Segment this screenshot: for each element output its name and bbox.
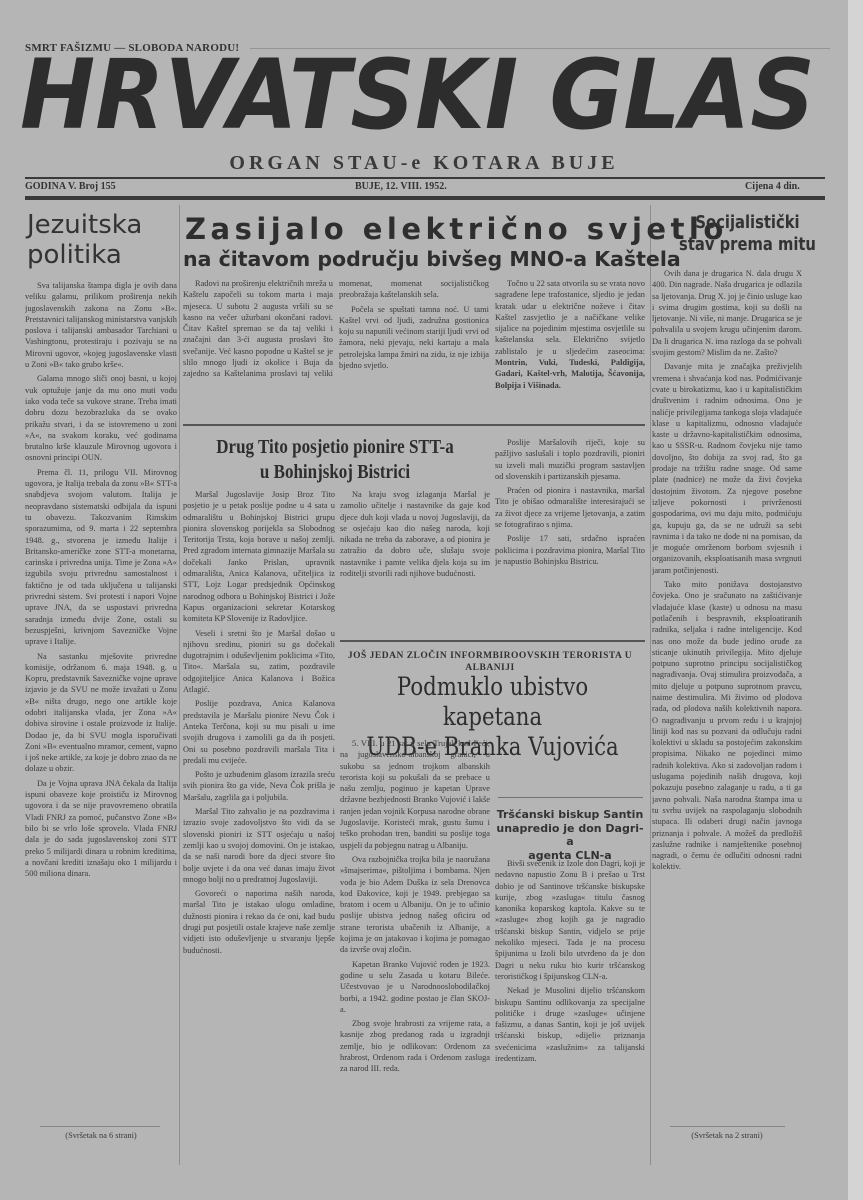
article-zasijalo-subheadline: na čitavom području bivšeg MNO-a Kaštela <box>183 247 648 271</box>
top-rule <box>250 48 830 49</box>
masthead-rule-bottom <box>25 196 825 200</box>
divider <box>340 640 645 642</box>
article-tito-body-col1: Maršal Jugoslavije Josip Broz Tito posje… <box>183 489 335 1104</box>
article-zasijalo-headline: Zasijalo električno svjetlo <box>185 212 645 246</box>
article-tito-body-col3: Poslije Maršalovih riječi, koje su pažlj… <box>495 437 645 627</box>
place-date: BUJE, 12. VIII. 1952. <box>355 181 447 192</box>
masthead-rule-top <box>25 177 825 179</box>
column-divider <box>179 205 180 1165</box>
price: Cijena 4 din. <box>745 181 800 192</box>
divider <box>670 1126 785 1127</box>
article-jezuitska-headline: Jezuitska politika <box>27 210 142 270</box>
continued-note: (Svršetak na 2 strani) <box>652 1131 802 1140</box>
article-tito-body-col2: Na kraju svog izlaganja Maršal je zamoli… <box>340 489 490 627</box>
article-vujovic-kicker: JOŠ JEDAN ZLOČIN INFORMBIROOVSKIH TERORI… <box>340 650 640 674</box>
divider <box>40 1126 160 1127</box>
issue-number: GODINA V. Broj 155 <box>25 181 116 192</box>
masthead-title: HRVATSKI GLAS <box>20 52 820 132</box>
divider <box>183 424 645 426</box>
page-edge <box>848 0 863 1200</box>
continued-note: (Svršetak na 6 strani) <box>25 1131 177 1140</box>
article-santin-headline: Tršćanski biskup Santin unapredio je don… <box>495 808 645 862</box>
masthead-subtitle: ORGAN STAU-e KOTARA BUJE <box>0 152 848 175</box>
svg-text:HRVATSKI GLAS: HRVATSKI GLAS <box>20 52 815 132</box>
divider <box>498 797 643 798</box>
article-socijalisticki-body: Ovih dana je drugarica N. dala drugu X 4… <box>652 268 802 1128</box>
article-zasijalo-body: Radovi na proširenju električnih mreža u… <box>183 278 645 416</box>
village-list: Montrin, Vuki, Tudeski, Paldigija, Gadar… <box>495 358 645 390</box>
newspaper-page: SMRT FAŠIZMU — SLOBODA NARODU! HRVATSKI … <box>0 0 848 1200</box>
article-santin-body: Bivši svećenik iz Izole don Dagri, koji … <box>495 858 645 1108</box>
column-divider <box>650 205 651 1165</box>
article-jezuitska-body: Sva talijanska štampa digla je ovih dana… <box>25 280 177 1105</box>
masthead-title-graphic: HRVATSKI GLAS <box>20 52 820 132</box>
article-socijalisticki-headline: Socijalistički stav prema mitu <box>672 212 824 256</box>
article-vujovic-body-col1: 5. VIII. u 21 sat u selu Trujak kod Peći… <box>340 738 490 1183</box>
